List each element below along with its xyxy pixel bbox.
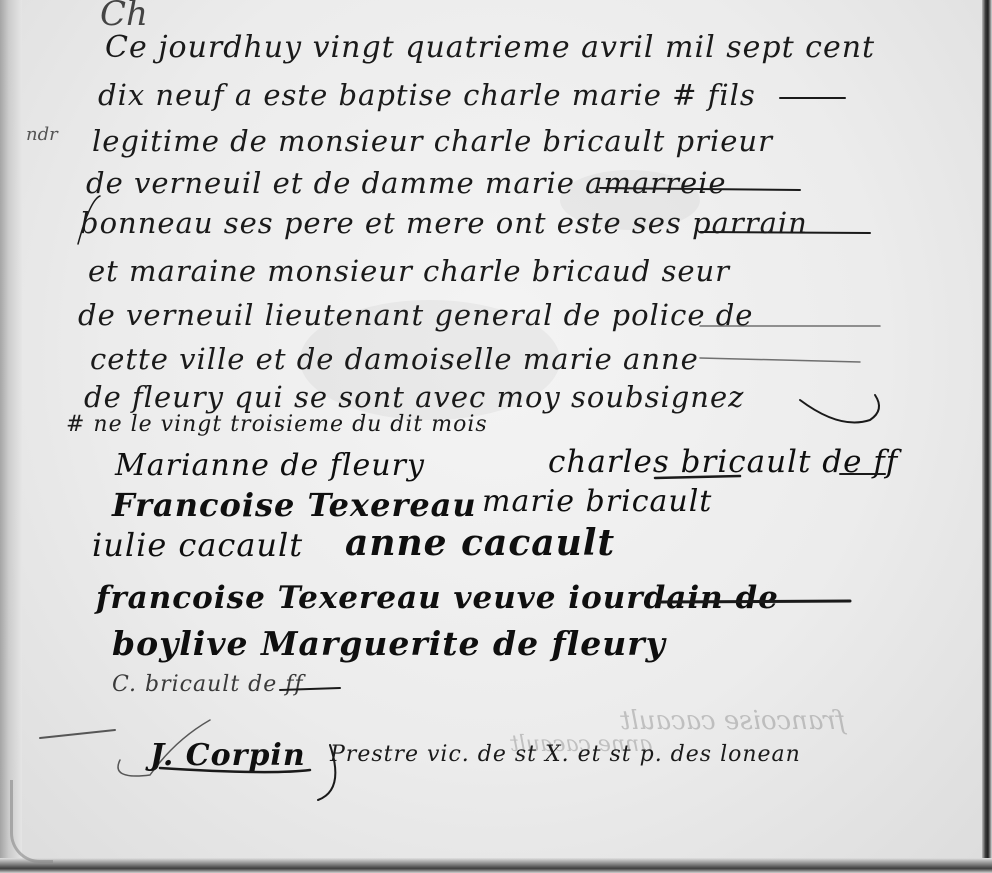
manuscript-page: francoise cacault anne cacault Ch ndr Ce… — [0, 0, 992, 873]
pen-flourishes — [0, 0, 992, 873]
